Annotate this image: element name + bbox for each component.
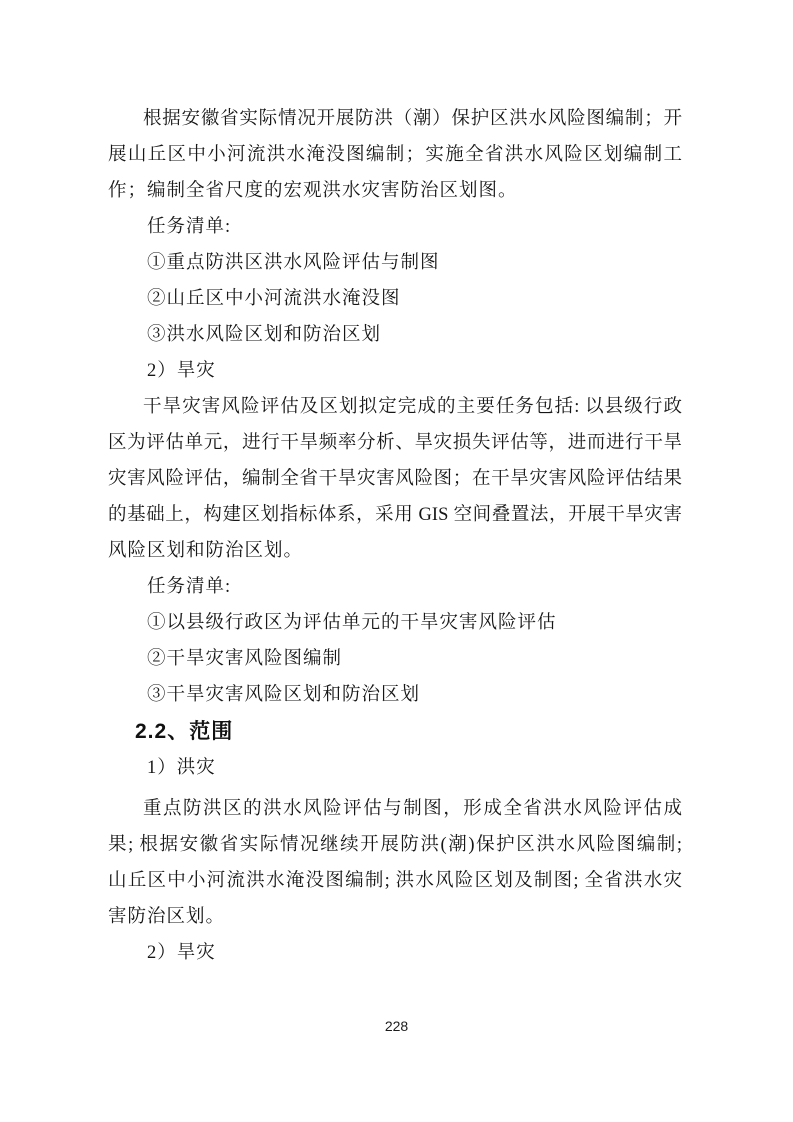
text-line: 任务清单: — [108, 209, 682, 245]
text-line: ③干旱灾害风险区划和防治区划 — [108, 677, 682, 713]
text-line: ①以县级行政区为评估单元的干旱灾害风险评估 — [108, 605, 682, 641]
text-line: 山丘区中小河流洪水淹没图编制; 洪水风险区划及制图; 全省洪水灾 — [108, 863, 682, 899]
text-line: 重点防洪区的洪水风险评估与制图，形成全省洪水风险评估成 — [108, 791, 682, 827]
text-line: ②山丘区中小河流洪水淹没图 — [108, 281, 682, 317]
text-line: 害防治区划。 — [108, 899, 682, 935]
text-line: 展山丘区中小河流洪水淹没图编制；实施全省洪水风险区划编制工 — [108, 137, 682, 173]
section-heading: 2.2、范围 — [108, 713, 682, 750]
text-line: 区为评估单元，进行干旱频率分析、旱灾损失评估等，进而进行干旱 — [108, 425, 682, 461]
text-line: 根据安徽省实际情况开展防洪（潮）保护区洪水风险图编制；开 — [108, 101, 682, 137]
text-line: 任务清单: — [108, 569, 682, 605]
text-line: 2）旱灾 — [108, 353, 682, 389]
text-line: 干旱灾害风险评估及区划拟定完成的主要任务包括: 以县级行政 — [108, 389, 682, 425]
document-body: 根据安徽省实际情况开展防洪（潮）保护区洪水风险图编制；开展山丘区中小河流洪水淹没… — [108, 101, 682, 971]
text-line: 2）旱灾 — [108, 935, 682, 971]
text-line: 灾害风险评估，编制全省干旱灾害风险图；在干旱灾害风险评估结果 — [108, 461, 682, 497]
text-line: 的基础上，构建区划指标体系，采用 GIS 空间叠置法，开展干旱灾害 — [108, 497, 682, 533]
text-line: ①重点防洪区洪水风险评估与制图 — [108, 245, 682, 281]
text-line: ②干旱灾害风险图编制 — [108, 641, 682, 677]
page-number: 228 — [385, 1018, 408, 1034]
page-footer: 228 — [0, 1016, 793, 1036]
text-line: 风险区划和防治区划。 — [108, 533, 682, 569]
text-line: 1）洪灾 — [108, 750, 682, 786]
document-page: 根据安徽省实际情况开展防洪（潮）保护区洪水风险图编制；开展山丘区中小河流洪水淹没… — [0, 0, 793, 1122]
text-line: ③洪水风险区划和防治区划 — [108, 317, 682, 353]
text-line: 果; 根据安徽省实际情况继续开展防洪(潮)保护区洪水风险图编制; — [108, 827, 682, 863]
text-line: 作；编制全省尺度的宏观洪水灾害防治区划图。 — [108, 173, 682, 209]
